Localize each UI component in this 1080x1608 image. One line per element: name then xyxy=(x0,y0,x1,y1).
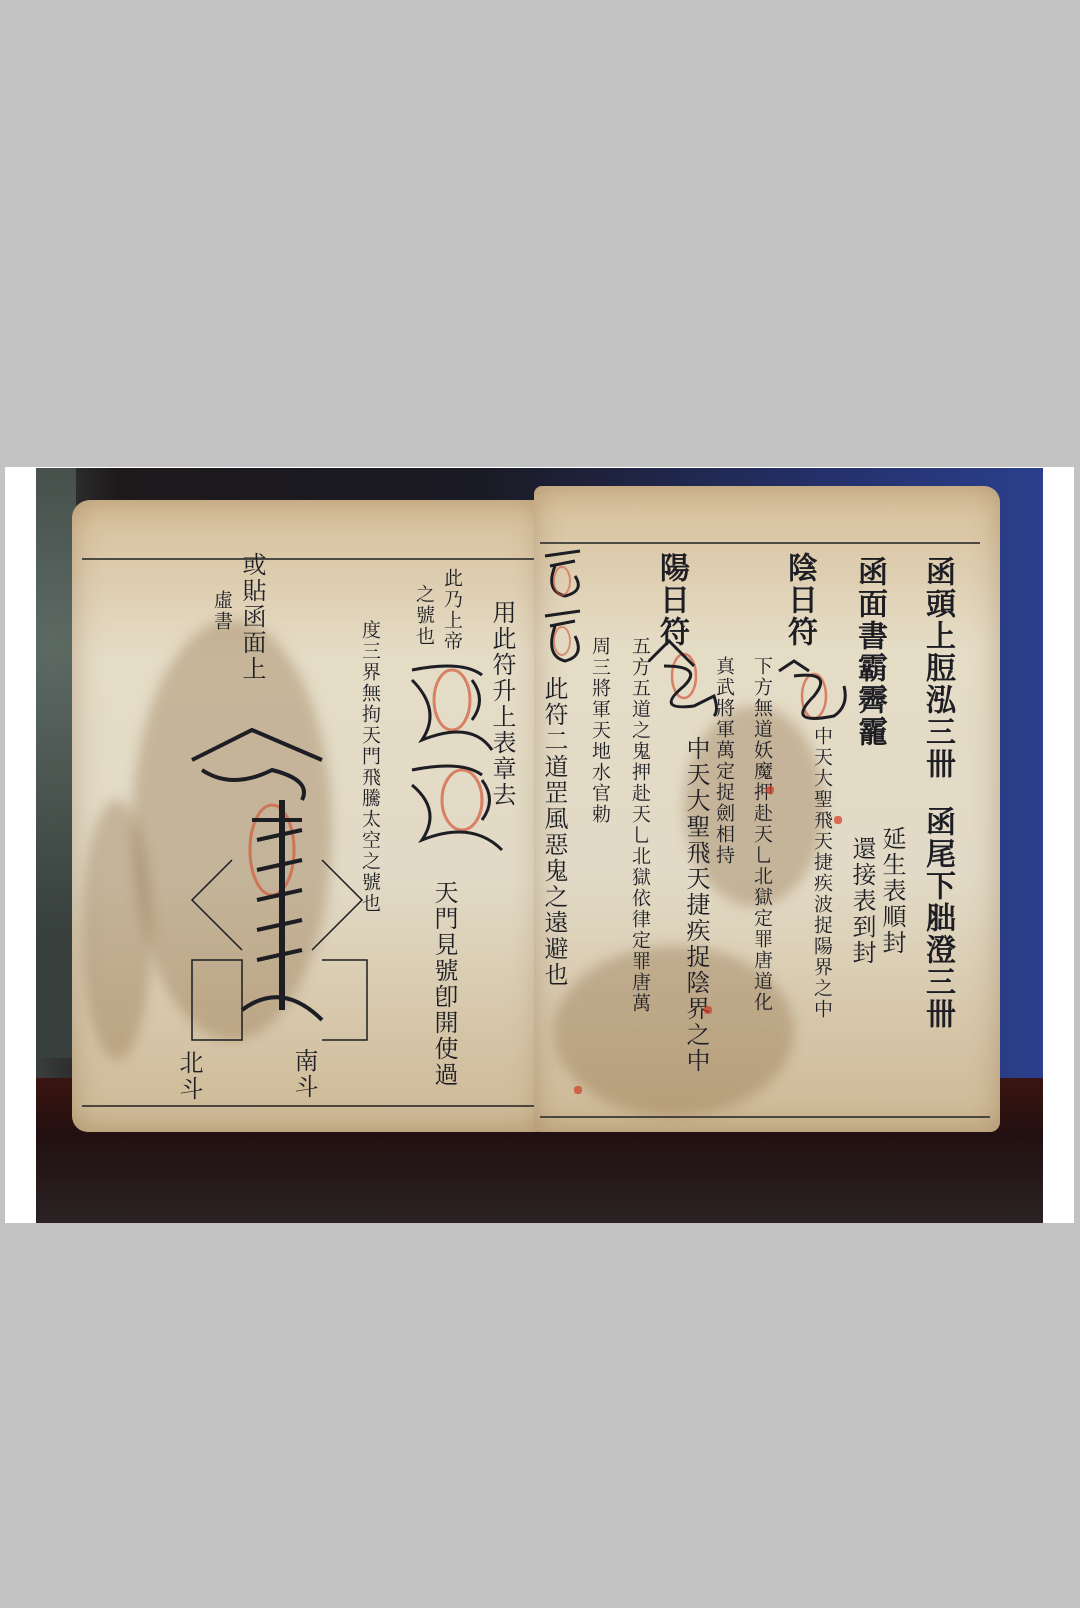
text-column: 或貼函面上 xyxy=(240,552,264,682)
text-column: 天門見號卽開使過 xyxy=(432,880,456,1088)
yang-sun-talisman xyxy=(644,636,724,726)
text-column: 函面書霸霽靇 xyxy=(854,556,884,748)
big-dipper-talisman xyxy=(172,710,392,1090)
text-column: 此乃上帝 xyxy=(442,568,461,652)
red-punctuation xyxy=(766,786,774,794)
text-column: 陰日符 xyxy=(784,552,814,648)
text-column: 虛書 xyxy=(212,590,231,632)
red-punctuation xyxy=(834,816,842,824)
text-column: 還接表到封 xyxy=(850,836,874,966)
top-rule xyxy=(82,558,542,560)
top-rule xyxy=(540,542,980,544)
text-column: 陽日符 xyxy=(656,552,686,648)
water-stain xyxy=(82,800,152,1060)
red-punctuation xyxy=(574,1086,582,1094)
bottom-rule xyxy=(82,1105,542,1107)
text-column: 中天大聖飛天捷疾捉陰界之中 xyxy=(684,736,708,1074)
text-column: 函尾下胐澄三卌 xyxy=(922,806,952,1030)
text-column: 周三將軍天地水官勅 xyxy=(590,636,609,825)
north-dipper-label: 北斗 xyxy=(177,1050,201,1102)
left-page: 用此符升上表章去 此乃上帝 之號也 天門見號卽開使過 度三界無拘天門飛騰太空之號… xyxy=(72,500,542,1132)
text-column: 延生表順封 xyxy=(880,826,904,956)
talisman-glyph xyxy=(402,650,522,880)
text-column: 此符二道罡風惡鬼之遠避也 xyxy=(542,676,566,988)
stone-surface xyxy=(36,468,76,1058)
text-column: 中天大聖飛天捷疾波捉陽界之中 xyxy=(812,726,831,1020)
paired-talismans xyxy=(540,546,590,676)
bottom-rule xyxy=(540,1116,990,1118)
south-dipper-label: 南斗 xyxy=(292,1048,316,1100)
text-column: 之號也 xyxy=(414,584,433,647)
book-photo: 用此符升上表章去 此乃上帝 之號也 天門見號卽開使過 度三界無拘天門飛騰太空之號… xyxy=(36,468,1043,1223)
right-page: 函頭上脰泓三卌 函尾下胐澄三卌 函面書霸霽靇 延生表順封 還接表到封 陰日符 中… xyxy=(534,486,1000,1132)
text-column: 函頭上脰泓三卌 xyxy=(922,556,952,780)
yin-sun-talisman xyxy=(774,656,854,736)
red-punctuation xyxy=(704,1006,712,1014)
text-column: 下方無道妖魔押赴天乚北獄定罪唐道化 xyxy=(752,656,771,1013)
